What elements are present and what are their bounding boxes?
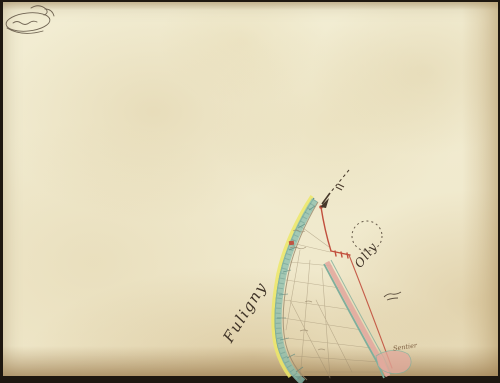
map-drawing xyxy=(0,0,500,383)
north-arrow xyxy=(320,170,349,208)
road-band xyxy=(324,260,411,378)
paraphe-mark xyxy=(5,6,54,34)
scanned-map-sheet: Fuligny Olly Sentier xyxy=(0,0,500,383)
river-band xyxy=(277,200,318,382)
note-squiggle xyxy=(384,292,401,300)
building-marker xyxy=(289,241,295,246)
